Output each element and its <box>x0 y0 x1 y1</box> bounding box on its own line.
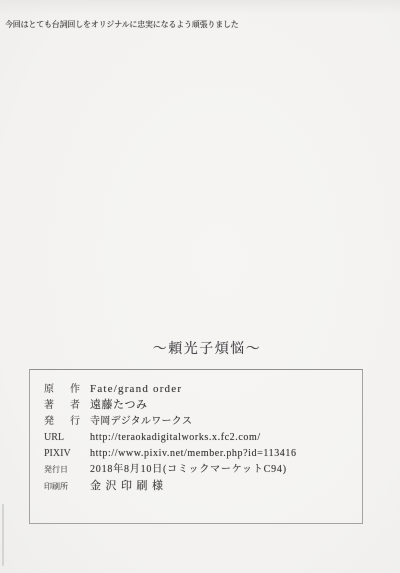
credit-row-url: URLhttp://teraokadigitalworks.x.fc2.com/ <box>44 428 362 444</box>
scanned-page: 今回はとても台詞回しをオリジナルに忠実になるよう頑張りました ～頼光子煩悩～ 原… <box>0 0 400 573</box>
credit-value: 遠藤たつみ <box>90 399 148 411</box>
credit-row-author: 著者遠藤たつみ <box>44 396 362 412</box>
credit-value: 2018年8月10日(コミックマーケットC94) <box>90 464 287 475</box>
credit-value-url: http://teraokadigitalworks.x.fc2.com/ <box>90 432 261 443</box>
author-comment: 今回はとても台詞回しをオリジナルに忠実になるよう頑張りました <box>5 19 239 30</box>
credit-value: 寺岡デジタルワークス <box>90 416 192 427</box>
scan-edge-artifact <box>2 504 4 566</box>
credit-row-publisher: 発行寺岡デジタルワークス <box>44 412 362 428</box>
credit-value: 金沢印刷様 <box>90 480 168 492</box>
credit-row-printer: 印刷所金沢印刷様 <box>44 477 362 493</box>
credit-row-pixiv: PIXIVhttp://www.pixiv.net/member.php?id=… <box>44 444 362 460</box>
credit-value: Fate/grand order <box>90 383 182 395</box>
credit-value-pixiv-url: http://www.pixiv.net/member.php?id=11341… <box>90 448 297 459</box>
credit-label: 印刷所 <box>44 479 80 495</box>
credit-row-original-work: 原作Fate/grand order <box>44 380 362 396</box>
colophon-box: 原作Fate/grand order 著者遠藤たつみ 発行寺岡デジタルワークス … <box>29 369 363 524</box>
credit-row-publish-date: 発行日2018年8月10日(コミックマーケットC94) <box>44 460 362 476</box>
doujin-title: ～頼光子煩悩～ <box>0 338 400 358</box>
